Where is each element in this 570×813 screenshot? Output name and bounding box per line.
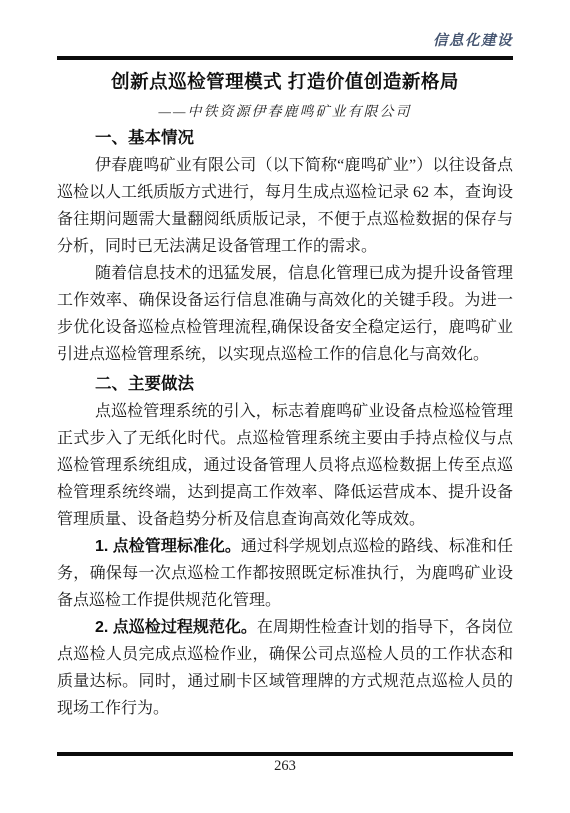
paragraph: 点巡检管理系统的引入，标志着鹿鸣矿业设备点检巡检管理正式步入了无纸化时代。点巡检… (57, 398, 513, 533)
page-number: 263 (57, 757, 513, 776)
section-heading-main-practices: 二、主要做法 (57, 371, 513, 398)
footer-rule (57, 752, 513, 756)
paragraph: 随着信息技术的迅猛发展，信息化管理已成为提升设备管理工作效率、确保设备运行信息准… (57, 260, 513, 368)
section-heading-basic-situation: 一、基本情况 (57, 125, 513, 152)
article-title: 创新点巡检管理模式 打造价值创造新格局 (57, 69, 513, 94)
numbered-item-1: 1. 点检管理标准化。通过科学规划点巡检的路线、标准和任务，确保每一次点巡检工作… (57, 533, 513, 614)
paragraph: 伊春鹿鸣矿业有限公司（以下简称“鹿鸣矿业”）以往设备点巡检以人工纸质版方式进行，… (57, 152, 513, 260)
header-rule (57, 56, 513, 60)
numbered-item-2: 2. 点巡检过程规范化。在周期性检查计划的指导下，各岗位点巡检人员完成点巡检作业… (57, 614, 513, 722)
section-main-practices: 二、主要做法 点巡检管理系统的引入，标志着鹿鸣矿业设备点检巡检管理正式步入了无纸… (57, 371, 513, 722)
page-content: 创新点巡检管理模式 打造价值创造新格局 ——中铁资源伊春鹿鸣矿业有限公司 一、基… (57, 64, 513, 722)
document-page: 信息化建设 创新点巡检管理模式 打造价值创造新格局 ——中铁资源伊春鹿鸣矿业有限… (0, 0, 570, 813)
numbered-item-2-lead: 2. 点巡检过程规范化。 (95, 619, 257, 636)
article-subtitle: ——中铁资源伊春鹿鸣矿业有限公司 (57, 103, 513, 122)
section-basic-situation: 一、基本情况 伊春鹿鸣矿业有限公司（以下简称“鹿鸣矿业”）以往设备点巡检以人工纸… (57, 125, 513, 368)
running-head-category: 信息化建设 (433, 31, 513, 51)
numbered-item-1-lead: 1. 点检管理标准化。 (95, 538, 241, 555)
